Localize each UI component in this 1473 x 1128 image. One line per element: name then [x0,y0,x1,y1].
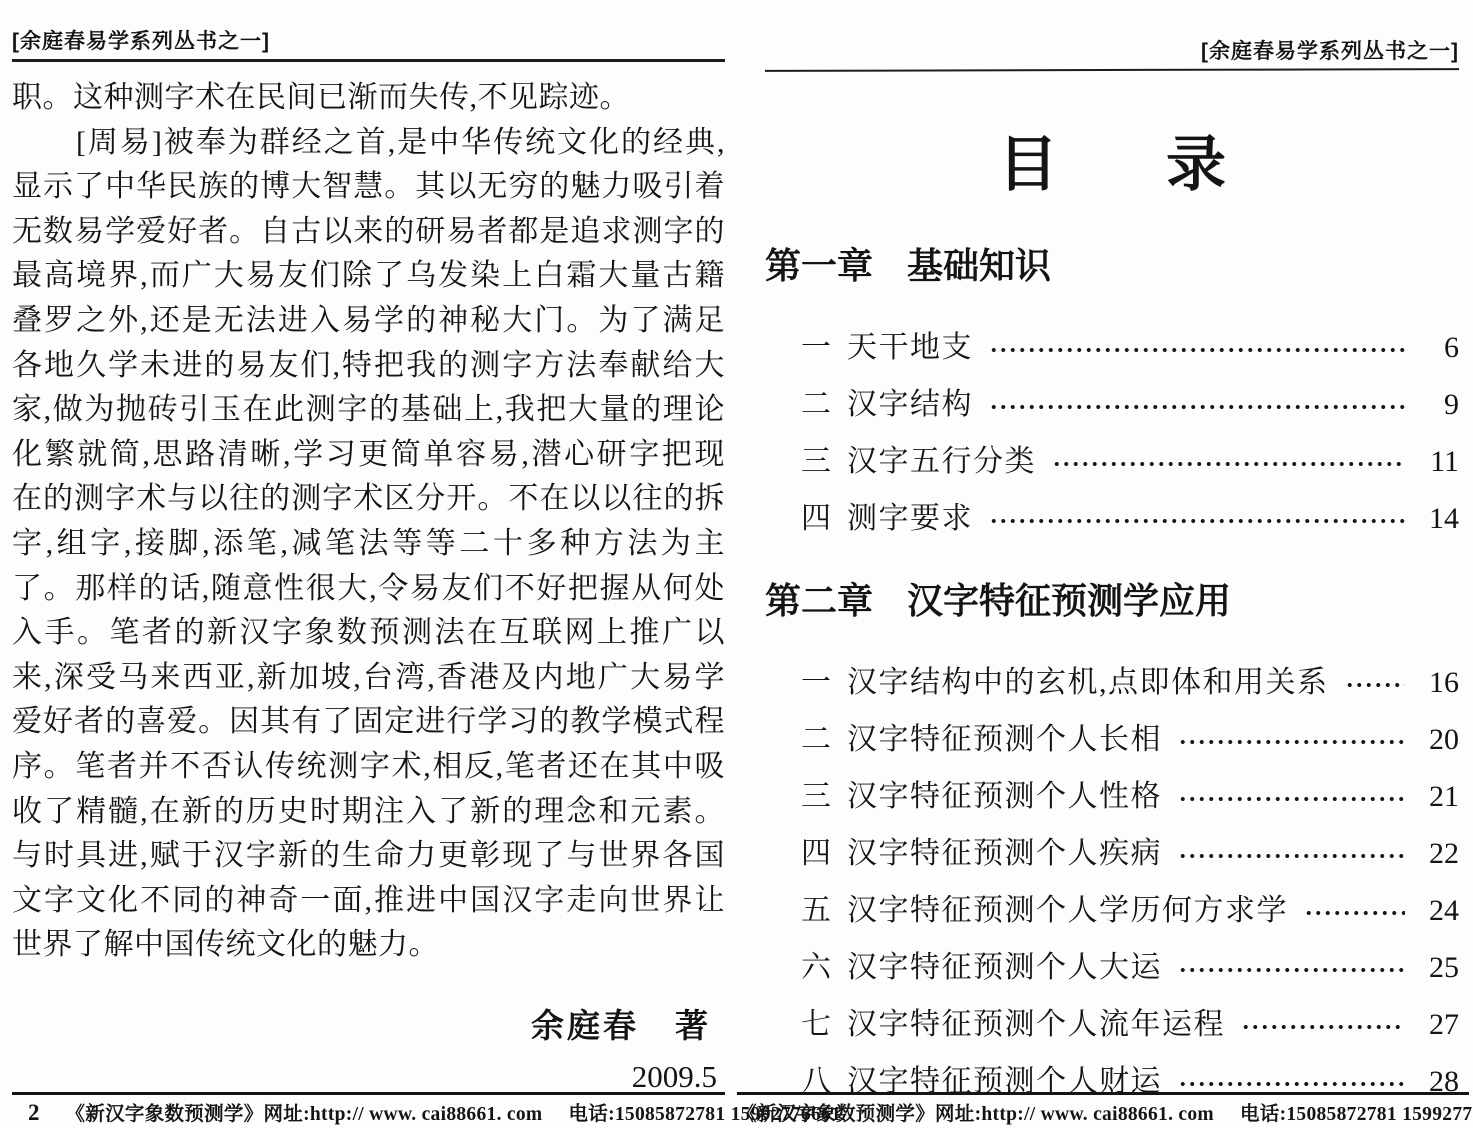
body-line: 字,组字,接脚,添笔,减笔法等等二十多种方法为主 [12,522,725,567]
toc-item-title: 汉字特征预测个人学历何方求学 [847,894,1288,928]
toc-page-number: 24 [1415,894,1459,928]
body-line: 来,深受马来西亚,新加坡,台湾,香港及内地广大易学 [12,656,725,701]
toc-item-number: 一 [801,666,847,700]
body-line: 最高境界,而广大易友们除了乌发染上白霜大量古籍 [12,254,725,299]
body-line: 序。笔者并不否认传统测字术,相反,笔者还在其中吸 [12,745,725,790]
toc-chapter: 第一章 基础知识 一 天干地支 6 二 汉字结构 9 三 汉字五行分类 11 四… [765,245,1459,536]
footer-site-url: 《新汉字象数预测学》网址:http:// www. cai88661. com [66,1098,543,1126]
body-line: 显示了中华民族的博大智慧。其以无穷的魅力吸引着 [12,165,725,210]
toc-item: 三 汉字五行分类 11 [801,445,1459,479]
dot-leader [989,403,1405,411]
right-page-footer: 《新汉字象数预测学》网址:http:// www. cai88661. com … [737,1092,1469,1128]
dot-leader [989,346,1405,354]
page-right: [余庭春易学系列丛书之一] 目 录 第一章 基础知识 一 天干地支 6 二 汉字… [737,0,1473,1128]
dot-leader [1304,909,1405,917]
footer-phone: 电话:15085872781 15992776661 [1240,1098,1473,1126]
body-line: 无数易学爱好者。自古以来的研易者都是追求测字的 [12,210,725,255]
toc-item-title: 汉字结构中的玄机,点即体和用关系 [847,666,1329,700]
toc-items: 一 天干地支 6 二 汉字结构 9 三 汉字五行分类 11 四 测字要求 14 [801,331,1459,536]
dot-leader [1178,795,1405,803]
toc-page-number: 27 [1415,1008,1459,1042]
toc-title-char-mu: 目 [998,133,1058,197]
toc-page-number: 20 [1415,723,1459,757]
body-line: 收了精髓,在新的历史时期注入了新的理念和元素。 [12,790,725,835]
toc-item-title: 汉字特征预测个人流年运程 [847,1008,1225,1042]
toc-item-title: 汉字特征预测个人性格 [847,780,1162,814]
dot-leader [1178,852,1405,860]
toc-item: 四 汉字特征预测个人疾病 22 [801,837,1459,871]
toc-item: 一 天干地支 6 [801,331,1459,365]
toc-page-number: 22 [1415,837,1459,871]
toc-item-title: 天干地支 [847,331,973,365]
body-line: 文字文化不同的神奇一面,推进中国汉字走向世界让 [12,879,725,924]
toc-item-number: 四 [801,837,847,871]
toc-item-number: 三 [801,780,847,814]
body-line: 世界了解中国传统文化的魅力。 [12,923,725,968]
dot-leader [989,517,1405,525]
toc-item: 一 汉字结构中的玄机,点即体和用关系 16 [801,666,1459,700]
chapter-heading: 第二章 汉字特征预测学应用 [765,580,1459,622]
body-line: 各地久学未进的易友们,特把我的测字方法奉献给大 [12,344,725,389]
dot-leader [1178,738,1405,746]
body-line: 化繁就简,思路清晰,学习更简单容易,潜心研字把现 [12,433,725,478]
toc-page-number: 21 [1415,780,1459,814]
toc-item-number: 七 [801,1008,847,1042]
toc-item: 二 汉字结构 9 [801,388,1459,422]
chapter-heading: 第一章 基础知识 [765,245,1459,287]
left-running-header: [余庭春易学系列丛书之一] [12,30,725,62]
page-left: [余庭春易学系列丛书之一] 职。这种测字术在民间已渐而失传,不见踪迹。 [周易]… [0,0,737,1128]
chapter-number: 第二章 [765,580,873,622]
body-line: 与时具进,赋于汉字新的生命力更彰现了与世界各国 [12,834,725,879]
toc-title: 目 录 [765,133,1459,197]
toc-item-number: 二 [801,388,847,422]
left-page-footer: 2 《新汉字象数预测学》网址:http:// www. cai88661. co… [12,1092,725,1128]
toc-items: 一 汉字结构中的玄机,点即体和用关系 16 二 汉字特征预测个人长相 20 三 … [801,666,1459,1099]
footer-row: 《新汉字象数预测学》网址:http:// www. cai88661. com … [737,1095,1469,1128]
right-running-header: [余庭春易学系列丛书之一] [765,40,1459,71]
toc-item-number: 五 [801,894,847,928]
toc-item-number: 四 [801,502,847,536]
series-label: [余庭春易学系列丛书之一] [12,30,725,54]
body-line: 叠罗之外,还是无法进入易学的神秘大门。为了满足 [12,299,725,344]
body-line: 入手。笔者的新汉字象数预测法在互联网上推广以 [12,611,725,656]
toc-item-number: 一 [801,331,847,365]
toc-item: 三 汉字特征预测个人性格 21 [801,780,1459,814]
body-line: 职。这种测字术在民间已渐而失传,不见踪迹。 [12,76,725,121]
toc-page-number: 16 [1415,666,1459,700]
body-line: 在的测字术与以往的测字术区分开。不在以以往的拆 [12,477,725,522]
header-rule [765,68,1459,72]
toc-page-number: 9 [1415,388,1459,422]
page-number: 2 [14,1100,66,1126]
toc-item-title: 汉字五行分类 [847,445,1036,479]
footer-row: 2 《新汉字象数预测学》网址:http:// www. cai88661. co… [12,1095,725,1128]
dot-leader [1178,1080,1405,1088]
body-line: 爱好者的喜爱。因其有了固定进行学习的教学模式程 [12,700,725,745]
toc-chapter: 第二章 汉字特征预测学应用 一 汉字结构中的玄机,点即体和用关系 16 二 汉字… [765,580,1459,1099]
dot-leader [1178,966,1405,974]
body-line: 家,做为抛砖引玉在此测字的基础上,我把大量的理论 [12,388,725,433]
footer-site-url: 《新汉字象数预测学》网址:http:// www. cai88661. com [737,1098,1214,1126]
toc-chapters: 第一章 基础知识 一 天干地支 6 二 汉字结构 9 三 汉字五行分类 11 四… [765,245,1459,1099]
chapter-number: 第一章 [765,245,873,287]
toc-title-char-lu: 录 [1166,133,1226,197]
toc-item: 六 汉字特征预测个人大运 25 [801,951,1459,985]
toc-page-number: 11 [1415,445,1459,479]
dot-leader [1052,460,1405,468]
body-line: 了。那样的话,随意性很大,令易友们不好把握从何处 [12,567,725,612]
chapter-title: 汉字特征预测学应用 [907,580,1231,622]
chapter-title: 基础知识 [907,245,1051,287]
toc-item: 七 汉字特征预测个人流年运程 27 [801,1008,1459,1042]
series-label: [余庭春易学系列丛书之一] [765,40,1459,64]
dot-leader [1241,1023,1405,1031]
toc-item-number: 六 [801,951,847,985]
toc-item-title: 汉字结构 [847,388,973,422]
toc-page-number: 14 [1415,502,1459,536]
book-spread: [余庭春易学系列丛书之一] 职。这种测字术在民间已渐而失传,不见踪迹。 [周易]… [0,0,1473,1128]
toc-item-title: 汉字特征预测个人疾病 [847,837,1162,871]
publish-date: 2009.5 [12,1059,725,1095]
toc-page-number: 25 [1415,951,1459,985]
toc-item-number: 三 [801,445,847,479]
toc-item: 五 汉字特征预测个人学历何方求学 24 [801,894,1459,928]
toc-item-number: 二 [801,723,847,757]
body-line: [周易]被奉为群经之首,是中华传统文化的经典, [12,121,725,166]
toc-item: 二 汉字特征预测个人长相 20 [801,723,1459,757]
toc-item-title: 测字要求 [847,502,973,536]
toc-page-number: 6 [1415,331,1459,365]
toc-item-title: 汉字特征预测个人长相 [847,723,1162,757]
preface-body-text: 职。这种测字术在民间已渐而失传,不见踪迹。 [周易]被奉为群经之首,是中华传统文… [12,76,725,968]
author-signature: 余庭春 著 [12,1000,725,1047]
toc-item-title: 汉字特征预测个人大运 [847,951,1162,985]
toc-item: 四 测字要求 14 [801,502,1459,536]
header-rule [12,59,725,62]
dot-leader [1345,681,1406,689]
